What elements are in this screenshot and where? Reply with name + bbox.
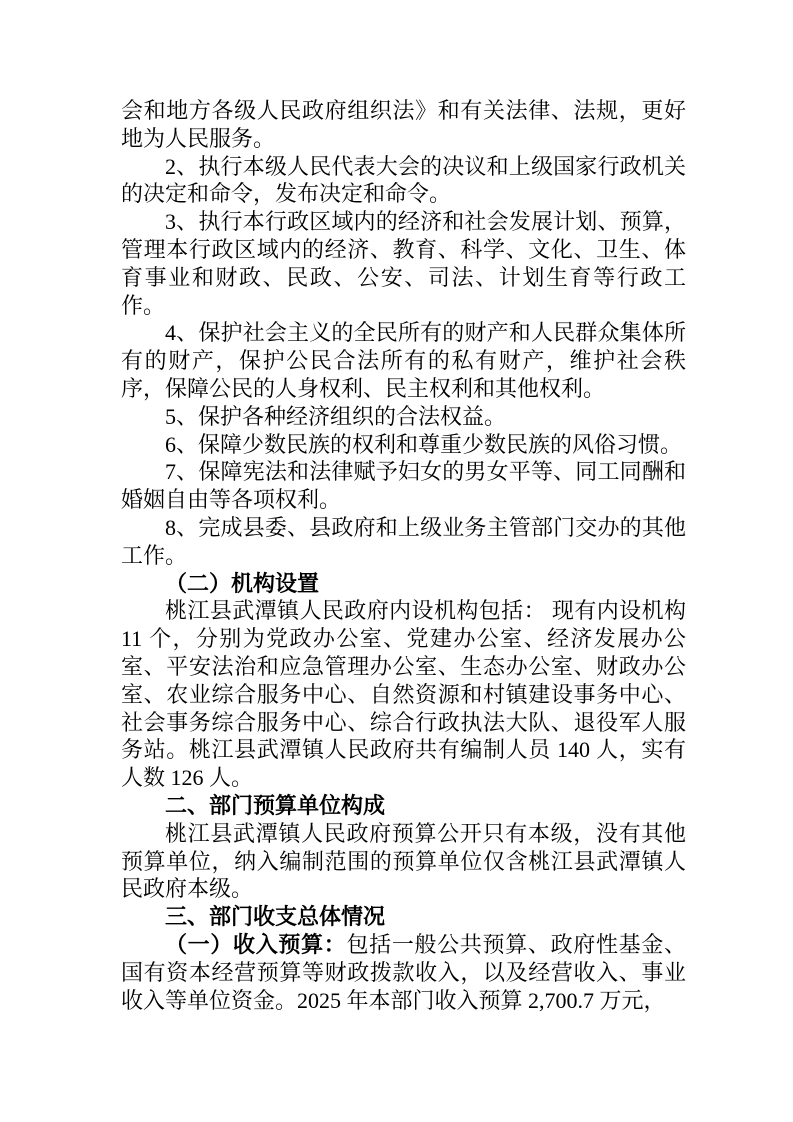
paragraph-income-budget: （一）收入预算：包括一般公共预算、政府性基金、国有资本经营预算等财政拨款收入，以… — [121, 931, 686, 1014]
paragraph-duty-6: 6、保障少数民族的权利和尊重少数民族的风俗习惯。 — [121, 431, 686, 459]
document-body: 会和地方各级人民政府组织法》和有关法律、法规，更好地为人民服务。 2、执行本级人… — [121, 97, 686, 1014]
section-heading-revenue-expenditure-overview: 三、部门收支总体情况 — [121, 903, 686, 931]
income-budget-lead-label: （一）收入预算： — [165, 932, 346, 957]
paragraph-duty-5: 5、保护各种经济组织的合法权益。 — [121, 403, 686, 431]
paragraph-duty-4: 4、保护社会主义的全民所有的财产和人民群众集体所有的财产，保护公民合法所有的私有… — [121, 319, 686, 402]
paragraph-continuation: 会和地方各级人民政府组织法》和有关法律、法规，更好地为人民服务。 — [121, 97, 686, 153]
section-heading-organization-setup: （二）机构设置 — [121, 570, 686, 598]
paragraph-organization-detail: 桃江县武潭镇人民政府内设机构包括： 现有内设机构 11 个，分别为党政办公室、党… — [121, 597, 686, 792]
paragraph-duty-8: 8、完成县委、县政府和上级业务主管部门交办的其他工作。 — [121, 514, 686, 570]
paragraph-budget-unit-detail: 桃江县武潭镇人民政府预算公开只有本级，没有其他预算单位，纳入编制范围的预算单位仅… — [121, 820, 686, 903]
a4-document-page: 会和地方各级人民政府组织法》和有关法律、法规，更好地为人民服务。 2、执行本级人… — [0, 0, 793, 1122]
paragraph-duty-2: 2、执行本级人民代表大会的决议和上级国家行政机关的决定和命令，发布决定和命令。 — [121, 153, 686, 209]
paragraph-duty-7: 7、保障宪法和法律赋予妇女的男女平等、同工同酬和婚姻自由等各项权利。 — [121, 458, 686, 514]
paragraph-duty-3: 3、执行本行政区域内的经济和社会发展计划、预算，管理本行政区域内的经济、教育、科… — [121, 208, 686, 319]
section-heading-budget-unit-composition: 二、部门预算单位构成 — [121, 792, 686, 820]
